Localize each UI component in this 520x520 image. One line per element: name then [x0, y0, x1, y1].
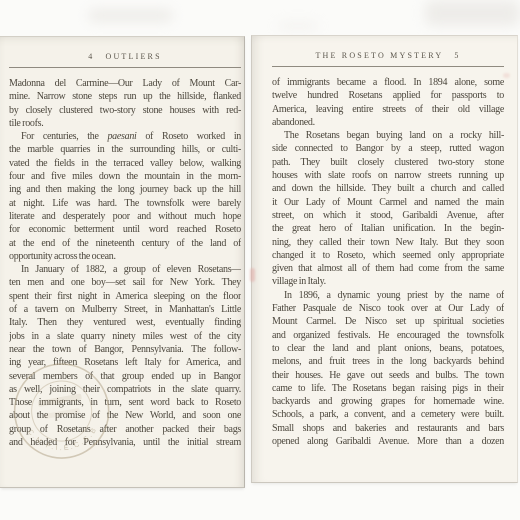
text-line: for economic betterment until word reach…	[9, 223, 241, 236]
photo-shadow	[278, 22, 318, 30]
text-line: Italy. Then they ventured west, eventual…	[9, 316, 241, 329]
text-line: melons, and fruit trees in the long back…	[272, 355, 504, 368]
text-line: jobs in a slate quarry ninety miles west…	[9, 330, 241, 343]
text-line: abandoned.	[272, 116, 504, 129]
text-line: ing and then making the long journey bac…	[9, 183, 241, 196]
left-page-number: 4	[88, 52, 94, 61]
text-line: tile roofs.	[9, 117, 241, 130]
text-line: opened along Garibaldi Avenue. More than…	[272, 435, 504, 448]
text-line: For centuries, the paesani of Roseto wor…	[9, 130, 241, 143]
text-line: and down the hillside. They built a chur…	[272, 182, 504, 195]
text-line: mine. Narrow stone steps run up the hill…	[9, 90, 241, 103]
text-line: backyards and growing grapes for homemad…	[272, 395, 504, 408]
text-line: of a tavern on Mulberry Street, in Manha…	[9, 303, 241, 316]
left-page: 4 OUTLIERS Madonna del Carmine—Our Lady …	[0, 36, 245, 488]
text-line: Small shops and bakeries and restaurants…	[272, 422, 504, 435]
text-line: ning, they called their town New Italy. …	[272, 236, 504, 249]
text-line: at night. Life was hard. The townsfolk w…	[9, 197, 241, 210]
text-line: street, on which it stood, Garibaldi Ave…	[272, 209, 504, 222]
text-line: Schools, a park, a convent, and a cemete…	[272, 408, 504, 421]
text-line: literate and desperately poor and withou…	[9, 210, 241, 223]
right-page-text: of immigrants became a flood. In 1894 al…	[272, 76, 504, 448]
svg-text:C.N.P.I.E.C.S.B: C.N.P.I.E.C.S.B	[25, 417, 102, 458]
text-line: it Our Lady of Mount Carmel and named th…	[272, 196, 504, 209]
text-line: changed it to Roseto, which seemed only …	[272, 249, 504, 262]
photo-shadow	[425, 0, 520, 26]
text-line: at the end of the nineteenth century of …	[9, 237, 241, 250]
text-line: four and five miles down the mountain in…	[9, 170, 241, 183]
text-line: and organized festivals. He encouraged t…	[272, 329, 504, 342]
left-running-head: 4 OUTLIERS	[9, 52, 241, 62]
text-line: Mount Carmel. De Nisco set up spiritual …	[272, 315, 504, 328]
right-page-number: 5	[454, 51, 460, 60]
text-line: In 1896, a dynamic young priest by the n…	[272, 289, 504, 302]
text-line: path. They built closely clustered two-s…	[272, 156, 504, 169]
text-line: opportunity across the ocean.	[9, 250, 241, 263]
circular-import-stamp-icon: C.N.P.I.E.C.S.B	[0, 341, 134, 485]
left-head-rule	[9, 67, 241, 68]
text-line: side connected to Bangor by a steep, rut…	[272, 142, 504, 155]
text-line: ten men and one boy—set sail for New Yor…	[9, 276, 241, 289]
text-line: In January of 1882, a group of eleven Ro…	[9, 263, 241, 276]
pink-ink-smudge	[503, 73, 510, 78]
text-line: the great hero of Italian unification. I…	[272, 222, 504, 235]
right-running-title: THE ROSETO MYSTERY	[315, 51, 443, 60]
stamp-arc-text: C.N.P.I.E.C.S.B	[25, 417, 102, 458]
text-line: vated the fields in the terraced valley …	[9, 157, 241, 170]
text-line: their houses. He gave out seeds and bulb…	[272, 369, 504, 382]
text-line: village in Italy.	[272, 275, 504, 288]
pink-ink-smudge	[250, 268, 255, 282]
text-line: Father Pasquale de Nisco took over at Ou…	[272, 302, 504, 315]
text-line: houses with slate roofs on narrow street…	[272, 169, 504, 182]
text-line: came to life. The Rosetans began raising…	[272, 382, 504, 395]
photo-shadow	[88, 9, 173, 22]
text-line: of immigrants became a flood. In 1894 al…	[272, 76, 504, 89]
text-line: given that almost all of them had come f…	[272, 262, 504, 275]
text-line: spent their first night in America sleep…	[9, 290, 241, 303]
text-line: the marble quarries in the surrounding h…	[9, 143, 241, 156]
text-line: America, leaving entire streets of their…	[272, 103, 504, 116]
text-line: by closely clustered two-story stone hou…	[9, 104, 241, 117]
right-head-rule	[272, 66, 504, 67]
right-page: THE ROSETO MYSTERY 5 of immigrants becam…	[251, 35, 518, 483]
right-running-head: THE ROSETO MYSTERY 5	[272, 51, 504, 61]
text-line: to clear the land and plant onions, bean…	[272, 342, 504, 355]
left-running-title: OUTLIERS	[105, 52, 161, 61]
text-line: Madonna del Carmine—Our Lady of Mount Ca…	[9, 77, 241, 90]
text-line: twelve hundred Rosetans applied for pass…	[272, 89, 504, 102]
text-line: The Rosetans began buying land on a rock…	[272, 129, 504, 142]
